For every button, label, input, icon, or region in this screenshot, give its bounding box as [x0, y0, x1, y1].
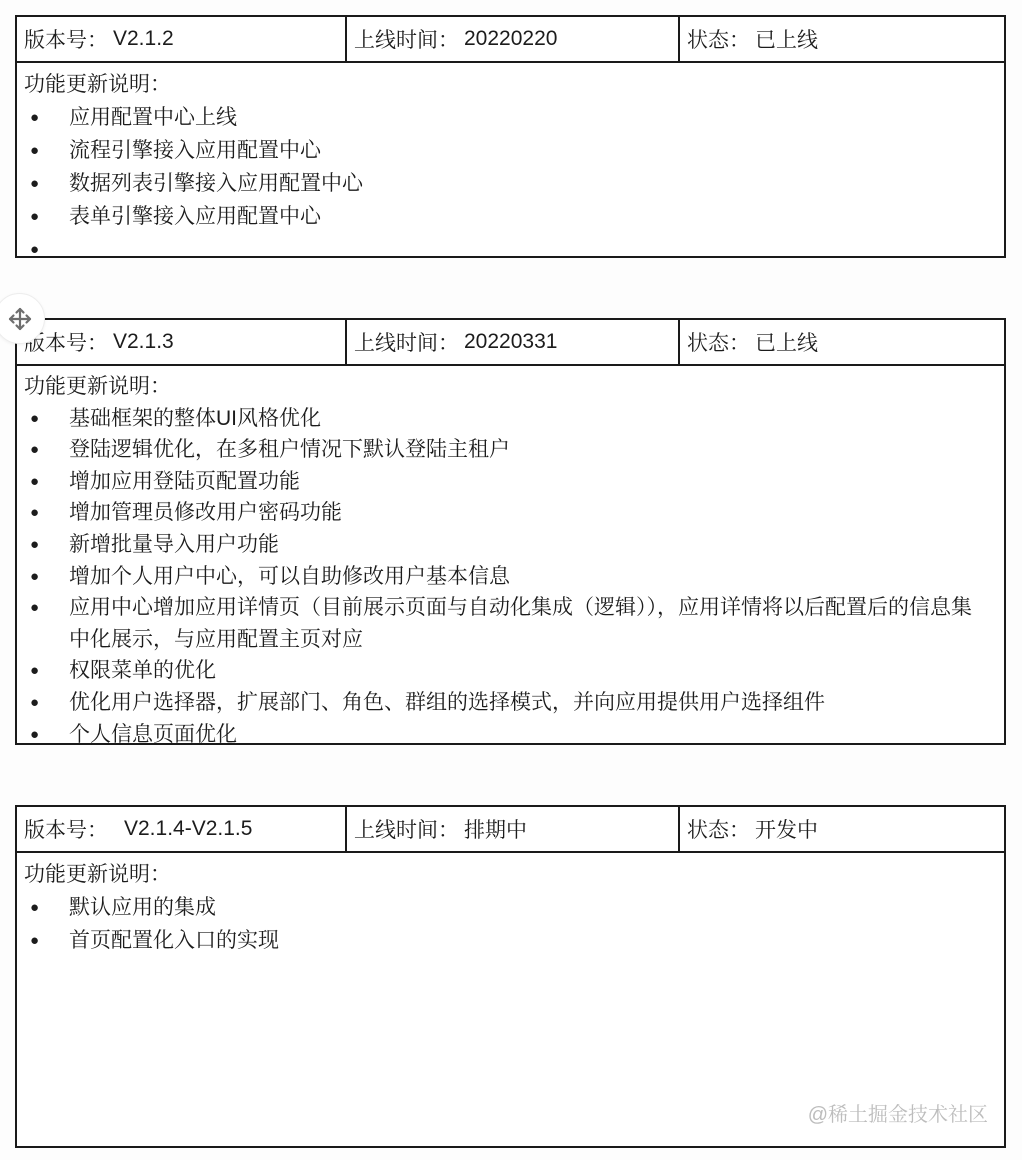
release-date-value: 排期中 — [464, 814, 527, 844]
status-value: 开发中 — [755, 814, 818, 844]
release-date-cell: 上线时间： 20220331 — [347, 320, 680, 364]
notes-title: 功能更新说明： — [24, 68, 990, 101]
release-date-cell: 上线时间： 排期中 — [347, 807, 680, 851]
bullet-icon: ● — [24, 466, 69, 498]
bullet-icon: ● — [24, 655, 69, 687]
release-table-v2-1-4: 版本号： V2.1.4-V2.1.5 上线时间： 排期中 状态： 开发中 功能更… — [15, 805, 1006, 1148]
list-item: ●增加个人用户中心，可以自助修改用户基本信息 — [24, 561, 990, 593]
list-item: ●默认应用的集成 — [24, 891, 990, 924]
bullet-text: 增加个人用户中心，可以自助修改用户基本信息 — [69, 561, 990, 593]
bullet-text: 增加应用登陆页配置功能 — [69, 466, 990, 498]
bullet-icon: ● — [24, 719, 69, 751]
bullet-text: 表单引擎接入应用配置中心 — [69, 200, 990, 233]
bullet-icon: ● — [24, 167, 69, 200]
bullet-icon: ● — [24, 891, 69, 924]
bullet-icon: ● — [24, 101, 69, 134]
status-label: 状态： — [687, 24, 750, 54]
status-cell: 状态： 已上线 — [680, 320, 1004, 364]
bullet-icon: ● — [24, 529, 69, 561]
bullet-text: 优化用户选择器，扩展部门、角色、群组的选择模式，并向应用提供用户选择组件 — [69, 687, 990, 719]
bullet-text: 数据列表引擎接入应用配置中心 — [69, 167, 990, 200]
list-item: ●流程引擎接入应用配置中心 — [24, 134, 990, 167]
bullet-text — [69, 233, 990, 266]
bullet-text: 个人信息页面优化 — [69, 719, 990, 751]
release-date-value: 20220331 — [464, 330, 557, 354]
move-icon — [6, 305, 34, 333]
bullet-icon: ● — [24, 134, 69, 167]
bullet-text: 应用配置中心上线 — [69, 101, 990, 134]
release-date-value: 20220220 — [464, 27, 557, 51]
version-value: V2.1.4-V2.1.5 — [124, 817, 252, 841]
notes-list: ●默认应用的集成 ●首页配置化入口的实现 — [24, 891, 990, 957]
notes-title: 功能更新说明： — [24, 371, 990, 403]
list-item: ●表单引擎接入应用配置中心 — [24, 200, 990, 233]
list-item: ●权限菜单的优化 — [24, 655, 990, 687]
bullet-text: 应用中心增加应用详情页（目前展示页面与自动化集成（逻辑）），应用详情将以后配置后… — [69, 592, 990, 655]
list-item: ●数据列表引擎接入应用配置中心 — [24, 167, 990, 200]
bullet-text: 增加管理员修改用户密码功能 — [69, 497, 990, 529]
release-table-v2-1-3: 版本号： V2.1.3 上线时间： 20220331 状态： 已上线 功能更新说… — [15, 318, 1006, 745]
bullet-text: 流程引擎接入应用配置中心 — [69, 134, 990, 167]
status-label: 状态： — [687, 814, 750, 844]
release-notes-page: 版本号： V2.1.2 上线时间： 20220220 状态： 已上线 功能更新说… — [0, 0, 1022, 1160]
bullet-text: 首页配置化入口的实现 — [69, 924, 990, 957]
table-header-row: 版本号： V2.1.3 上线时间： 20220331 状态： 已上线 — [17, 320, 1004, 366]
bullet-icon: ● — [24, 592, 69, 655]
bullet-text: 新增批量导入用户功能 — [69, 529, 990, 561]
release-date-label: 上线时间： — [354, 24, 459, 54]
bullet-text: 权限菜单的优化 — [69, 655, 990, 687]
watermark: @稀土掘金技术社区 — [808, 1099, 988, 1132]
list-item: ●个人信息页面优化 — [24, 719, 990, 751]
list-item: ●首页配置化入口的实现 — [24, 924, 990, 957]
table-body: 功能更新说明： ●基础框架的整体UI风格优化 ●登陆逻辑优化，在多租户情况下默认… — [17, 366, 1004, 743]
version-cell: 版本号： V2.1.4-V2.1.5 — [17, 807, 347, 851]
list-item: ●应用配置中心上线 — [24, 101, 990, 134]
bullet-text: 登陆逻辑优化，在多租户情况下默认登陆主租户 — [69, 434, 990, 466]
version-label: 版本号： — [24, 814, 108, 844]
status-cell: 状态： 开发中 — [680, 807, 1004, 851]
notes-list: ●基础框架的整体UI风格优化 ●登陆逻辑优化，在多租户情况下默认登陆主租户 ●增… — [24, 403, 990, 751]
version-label: 版本号： — [24, 24, 108, 54]
bullet-icon: ● — [24, 200, 69, 233]
bullet-text: 基础框架的整体UI风格优化 — [69, 403, 990, 435]
release-date-label: 上线时间： — [354, 814, 459, 844]
version-value: V2.1.2 — [113, 27, 174, 51]
version-value: V2.1.3 — [113, 330, 174, 354]
table-header-row: 版本号： V2.1.2 上线时间： 20220220 状态： 已上线 — [17, 17, 1004, 63]
status-label: 状态： — [687, 327, 750, 357]
table-body: 功能更新说明： ●应用配置中心上线 ●流程引擎接入应用配置中心 ●数据列表引擎接… — [17, 63, 1004, 256]
version-cell: 版本号： V2.1.3 — [17, 320, 347, 364]
list-item: ●应用中心增加应用详情页（目前展示页面与自动化集成（逻辑）），应用详情将以后配置… — [24, 592, 990, 655]
release-date-cell: 上线时间： 20220220 — [347, 17, 680, 61]
list-item: ●增加管理员修改用户密码功能 — [24, 497, 990, 529]
release-table-v2-1-2: 版本号： V2.1.2 上线时间： 20220220 状态： 已上线 功能更新说… — [15, 15, 1006, 258]
status-value: 已上线 — [755, 327, 818, 357]
bullet-icon: ● — [24, 924, 69, 957]
list-item: ●优化用户选择器，扩展部门、角色、群组的选择模式，并向应用提供用户选择组件 — [24, 687, 990, 719]
notes-list: ●应用配置中心上线 ●流程引擎接入应用配置中心 ●数据列表引擎接入应用配置中心 … — [24, 101, 990, 266]
table-header-row: 版本号： V2.1.4-V2.1.5 上线时间： 排期中 状态： 开发中 — [17, 807, 1004, 853]
bullet-icon: ● — [24, 687, 69, 719]
release-date-label: 上线时间： — [354, 327, 459, 357]
list-item: ●新增批量导入用户功能 — [24, 529, 990, 561]
bullet-text: 默认应用的集成 — [69, 891, 990, 924]
list-item: ●登陆逻辑优化，在多租户情况下默认登陆主租户 — [24, 434, 990, 466]
bullet-icon: ● — [24, 403, 69, 435]
list-item: ● — [24, 233, 990, 266]
status-value: 已上线 — [755, 24, 818, 54]
bullet-icon: ● — [24, 497, 69, 529]
version-cell: 版本号： V2.1.2 — [17, 17, 347, 61]
bullet-icon: ● — [24, 233, 69, 266]
table-body: 功能更新说明： ●默认应用的集成 ●首页配置化入口的实现 @稀土掘金技术社区 — [17, 853, 1004, 1146]
bullet-icon: ● — [24, 434, 69, 466]
bullet-icon: ● — [24, 561, 69, 593]
notes-title: 功能更新说明： — [24, 858, 990, 891]
list-item: ●基础框架的整体UI风格优化 — [24, 403, 990, 435]
list-item: ●增加应用登陆页配置功能 — [24, 466, 990, 498]
status-cell: 状态： 已上线 — [680, 17, 1004, 61]
